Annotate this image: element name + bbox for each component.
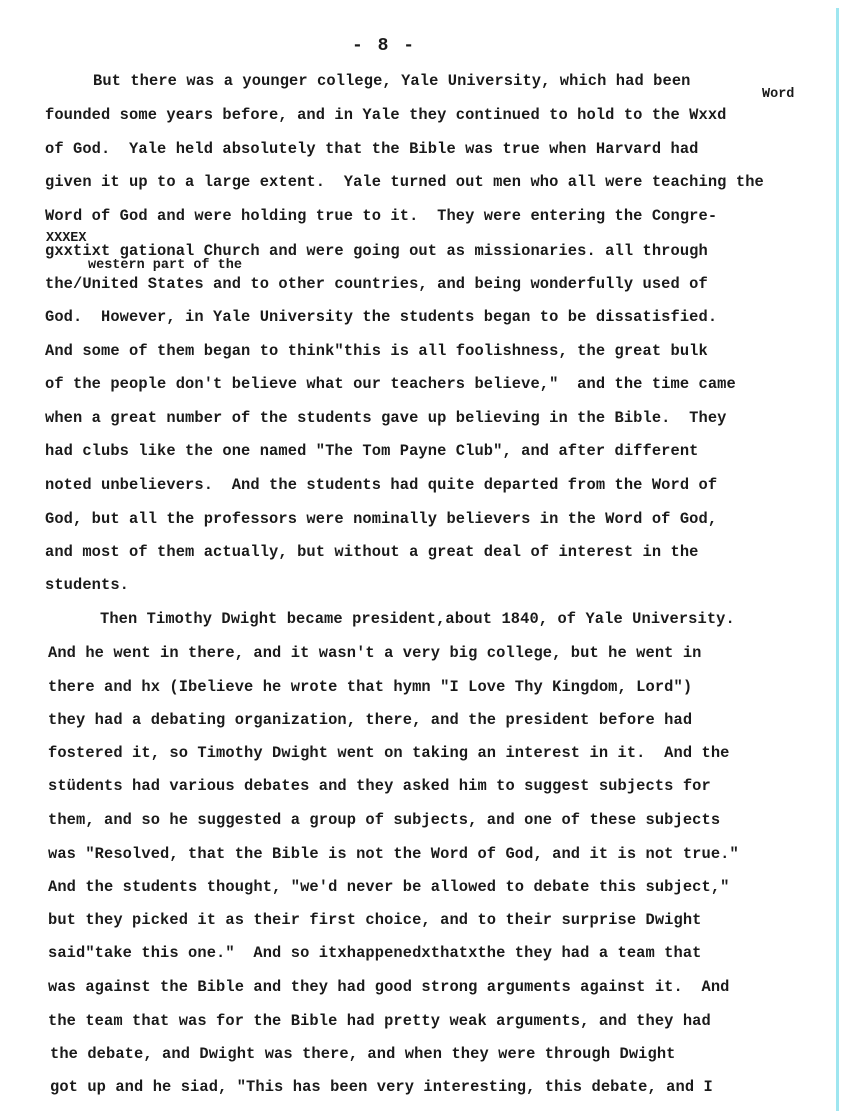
text-line-31: got up and he siad, "This has been very … <box>50 1078 713 1096</box>
text-line-15: and most of them actually, but without a… <box>45 543 699 561</box>
text-line-13: noted unbelievers. And the students had … <box>45 476 717 494</box>
text-line-1: But there was a younger college, Yale Un… <box>93 72 691 90</box>
text-line-20: they had a debating organization, there,… <box>48 711 692 729</box>
text-line-14: God, but all the professors were nominal… <box>45 510 717 528</box>
handwritten-insert-word: Word <box>762 88 794 102</box>
text-line-23: them, and so he suggested a group of sub… <box>48 811 720 829</box>
text-line-4: given it up to a large extent. Yale turn… <box>45 173 764 191</box>
text-line-30: the debate, and Dwight was there, and wh… <box>50 1045 676 1063</box>
page-number: - 8 - <box>0 36 768 56</box>
text-line-12: had clubs like the one named "The Tom Pa… <box>45 442 699 460</box>
text-line-25: And the students thought, "we'd never be… <box>48 878 730 896</box>
text-line-22: stüdents had various debates and they as… <box>48 777 711 795</box>
scan-edge-strip <box>836 8 839 1111</box>
text-line-3: of God. Yale held absolutely that the Bi… <box>45 140 699 158</box>
text-line-21: fostered it, so Timothy Dwight went on t… <box>48 744 730 762</box>
text-line-19: there and hx (Ibelieve he wrote that hym… <box>48 678 692 696</box>
text-line-29: the team that was for the Bible had pret… <box>48 1012 711 1030</box>
text-line-26: but they picked it as their first choice… <box>48 911 702 929</box>
text-line-28: was against the Bible and they had good … <box>48 978 730 996</box>
text-line-2: founded some years before, and in Yale t… <box>45 106 727 124</box>
text-line-16: students. <box>45 576 129 594</box>
text-line-9: And some of them began to think"this is … <box>45 342 708 360</box>
text-line-24: was "Resolved, that the Bible is not the… <box>48 845 739 863</box>
text-line-10: of the people don't believe what our tea… <box>45 375 736 393</box>
text-line-6: gxxtixt gational Church and were going o… <box>45 242 708 260</box>
text-line-7: the/United States and to other countries… <box>45 275 708 293</box>
text-line-5: Word of God and were holding true to it.… <box>45 207 717 225</box>
text-line-18: And he went in there, and it wasn't a ve… <box>48 644 702 662</box>
typed-insert-western: western part of the <box>88 259 242 273</box>
text-line-11: when a great number of the students gave… <box>45 409 727 427</box>
text-line-8: God. However, in Yale University the stu… <box>45 308 717 326</box>
text-line-17: Then Timothy Dwight became president,abo… <box>100 610 735 628</box>
text-line-27: said"take this one." And so itxhappenedx… <box>48 944 702 962</box>
